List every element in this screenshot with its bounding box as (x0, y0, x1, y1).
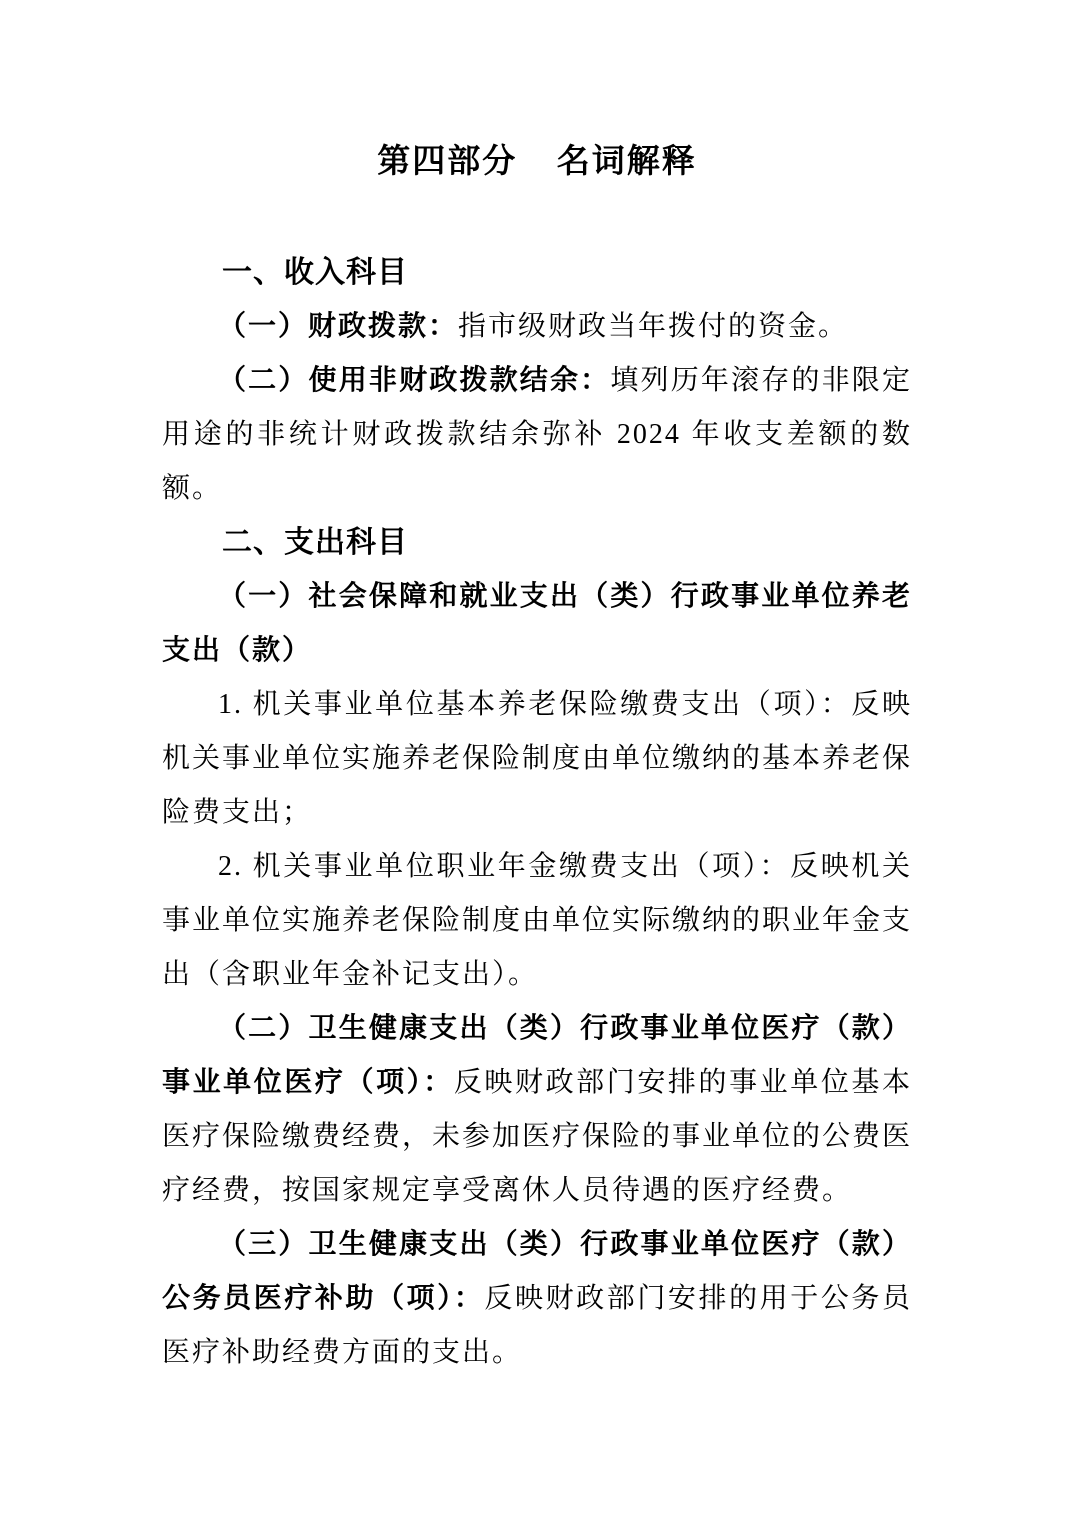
item-text: 2. 机关事业单位职业年金缴费支出（项）：反映机关事业单位实施养老保险制度由单位… (162, 851, 912, 990)
document-title: 第四部分名词解释 (162, 134, 912, 188)
paragraph-social-security-pension: （一）社会保障和就业支出（类）行政事业单位养老支出（款） (162, 570, 912, 678)
title-topic: 名词解释 (557, 142, 697, 179)
paragraph-health-institution-medical: （二）卫生健康支出（类）行政事业单位医疗（款）事业单位医疗（项）：反映财政部门安… (162, 1002, 912, 1218)
section-heading-expenditure: 二、支出科目 (162, 516, 912, 570)
term-lead: （二）使用非财政拨款结余： (218, 365, 610, 396)
document-page: 第四部分名词解释 一、收入科目 （一）财政拨款：指市级财政当年拨付的资金。 （二… (0, 0, 1074, 1520)
term-lead: （一）财政拨款： (218, 311, 458, 342)
term-definition: 指市级财政当年拨付的资金。 (458, 311, 848, 342)
paragraph-health-civil-servant-medical: （三）卫生健康支出（类）行政事业单位医疗（款）公务员医疗补助（项）：反映财政部门… (162, 1218, 912, 1380)
paragraph-item-2-occupational-annuity: 2. 机关事业单位职业年金缴费支出（项）：反映机关事业单位实施养老保险制度由单位… (162, 840, 912, 1002)
section-heading-income: 一、收入科目 (162, 246, 912, 300)
paragraph-fiscal-appropriation: （一）财政拨款：指市级财政当年拨付的资金。 (162, 300, 912, 354)
section-heading-text: 二、支出科目 (222, 526, 408, 559)
term-lead: （一）社会保障和就业支出（类）行政事业单位养老支出（款） (162, 581, 912, 666)
paragraph-item-1-basic-pension: 1. 机关事业单位基本养老保险缴费支出（项）：反映机关事业单位实施养老保险制度由… (162, 678, 912, 840)
item-text: 1. 机关事业单位基本养老保险缴费支出（项）：反映机关事业单位实施养老保险制度由… (162, 689, 912, 828)
section-heading-text: 一、收入科目 (222, 256, 408, 289)
title-part-number: 第四部分 (377, 142, 517, 179)
paragraph-nonfiscal-balance: （二）使用非财政拨款结余：填列历年滚存的非限定用途的非统计财政拨款结余弥补 20… (162, 354, 912, 516)
